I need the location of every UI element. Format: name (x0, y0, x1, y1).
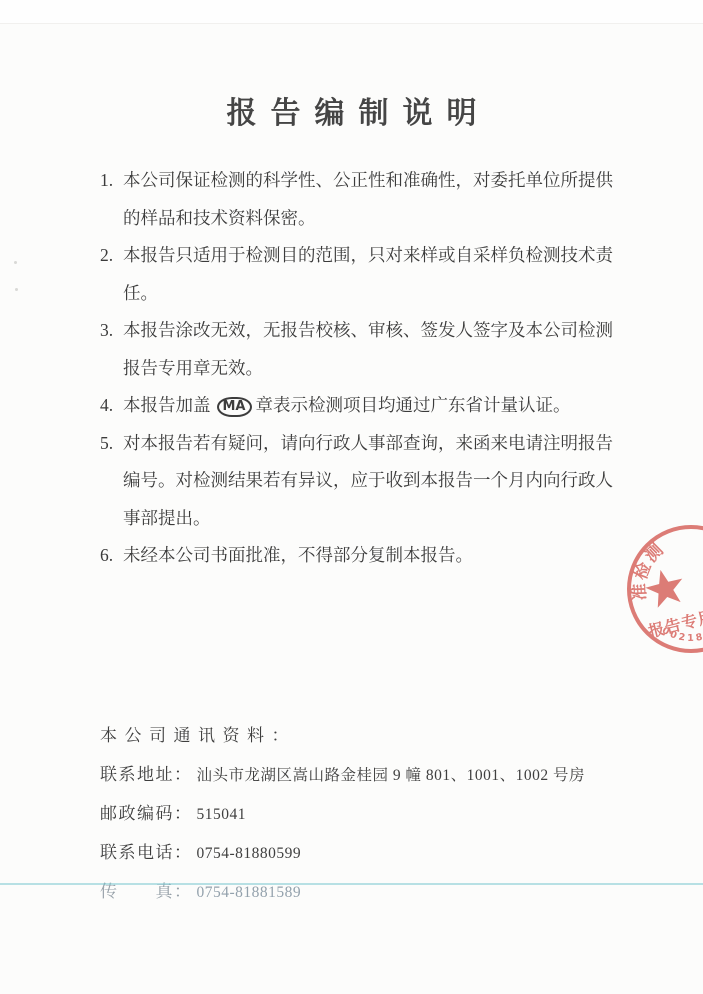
scanned-report-page: 报告编制说明 1. 本公司保证检测的科学性、公正性和准确性，对委托单位所提供的样… (0, 0, 703, 994)
contact-heading: 本公司通讯资料： (100, 716, 620, 755)
stamp-star-icon (642, 565, 688, 609)
contact-value: 汕头市龙湖区嵩山路金桂园 9 幢 801、1001、1002 号房 (193, 767, 586, 784)
contact-value: 0754-81881589 (193, 884, 302, 901)
contact-label: 联系地址： (100, 765, 193, 784)
stamp-ring (629, 527, 703, 651)
contact-label: 联系电话： (100, 843, 193, 862)
item-text: 本公司保证检测的科学性、公正性和准确性，对委托单位所提供的样品和技术资料保密。 (123, 162, 613, 237)
item-text-after-mark: 章表示检测项目均通过广东省计量认证。 (256, 395, 571, 415)
list-item: 6. 未经本公司书面批准，不得部分复制本报告。 (100, 537, 613, 575)
list-item: 2. 本报告只适用于检测目的范围，只对来样或自采样负检测技术责任。 (100, 237, 613, 312)
list-item: 4. 本报告加盖MA章表示检测项目均通过广东省计量认证。 (100, 387, 613, 425)
contact-row-fax: 传 真：0754-81881589 (100, 872, 620, 911)
stamp-bottom-text: 报告专用章 (646, 602, 703, 641)
item-number: 4. (100, 387, 123, 425)
contact-row-address: 联系地址：汕头市龙湖区嵩山路金桂园 9 幢 801、1001、1002 号房 (100, 755, 620, 794)
item-number: 1. (100, 162, 123, 237)
contact-row-postcode: 邮政编码：515041 (100, 794, 620, 833)
svg-text:准检测: 准检测 (624, 536, 679, 605)
scan-edge-shadow (0, 0, 703, 24)
item-number: 2. (100, 237, 123, 312)
item-text: 本报告涂改无效，无报告校核、审核、签发人签字及本公司检测报告专用章无效。 (123, 312, 613, 387)
contact-label: 邮政编码： (100, 804, 193, 823)
red-seal-stamp-icon: 准检测 报告专用章 0021880 (624, 521, 703, 661)
svg-text:0021880: 0021880 (658, 612, 703, 652)
page-title: 报告编制说明 (0, 88, 703, 132)
contact-info-section: 本公司通讯资料： 联系地址：汕头市龙湖区嵩山路金桂园 9 幢 801、1001、… (100, 716, 620, 911)
scan-artifact-cyan-line (0, 883, 703, 885)
stamp-serial-number: 0021880 (658, 612, 703, 652)
contact-row-phone: 联系电话：0754-81880599 (100, 833, 620, 872)
item-text: 本报告加盖MA章表示检测项目均通过广东省计量认证。 (123, 387, 613, 425)
scan-speck (15, 288, 18, 291)
item-text: 未经本公司书面批准，不得部分复制本报告。 (123, 537, 613, 575)
list-item: 5. 对本报告若有疑问，请向行政人事部查询，来函来电请注明报告编号。对检测结果若… (100, 425, 613, 538)
contact-value: 515041 (193, 806, 247, 823)
stamp-top-arc-text: 准检测 (624, 536, 679, 605)
item-number: 6. (100, 537, 123, 575)
scan-speck (14, 261, 17, 264)
instruction-list: 1. 本公司保证检测的科学性、公正性和准确性，对委托单位所提供的样品和技术资料保… (100, 162, 613, 575)
contact-value: 0754-81880599 (193, 845, 302, 862)
item-number: 3. (100, 312, 123, 387)
cma-certification-mark-icon: MA (217, 397, 252, 417)
list-item: 3. 本报告涂改无效，无报告校核、审核、签发人签字及本公司检测报告专用章无效。 (100, 312, 613, 387)
item-text: 对本报告若有疑问，请向行政人事部查询，来函来电请注明报告编号。对检测结果若有异议… (123, 425, 613, 538)
item-number: 5. (100, 425, 123, 538)
list-item: 1. 本公司保证检测的科学性、公正性和准确性，对委托单位所提供的样品和技术资料保… (100, 162, 613, 237)
item-text-before-mark: 本报告加盖 (123, 395, 211, 415)
item-text: 本报告只适用于检测目的范围，只对来样或自采样负检测技术责任。 (123, 237, 613, 312)
